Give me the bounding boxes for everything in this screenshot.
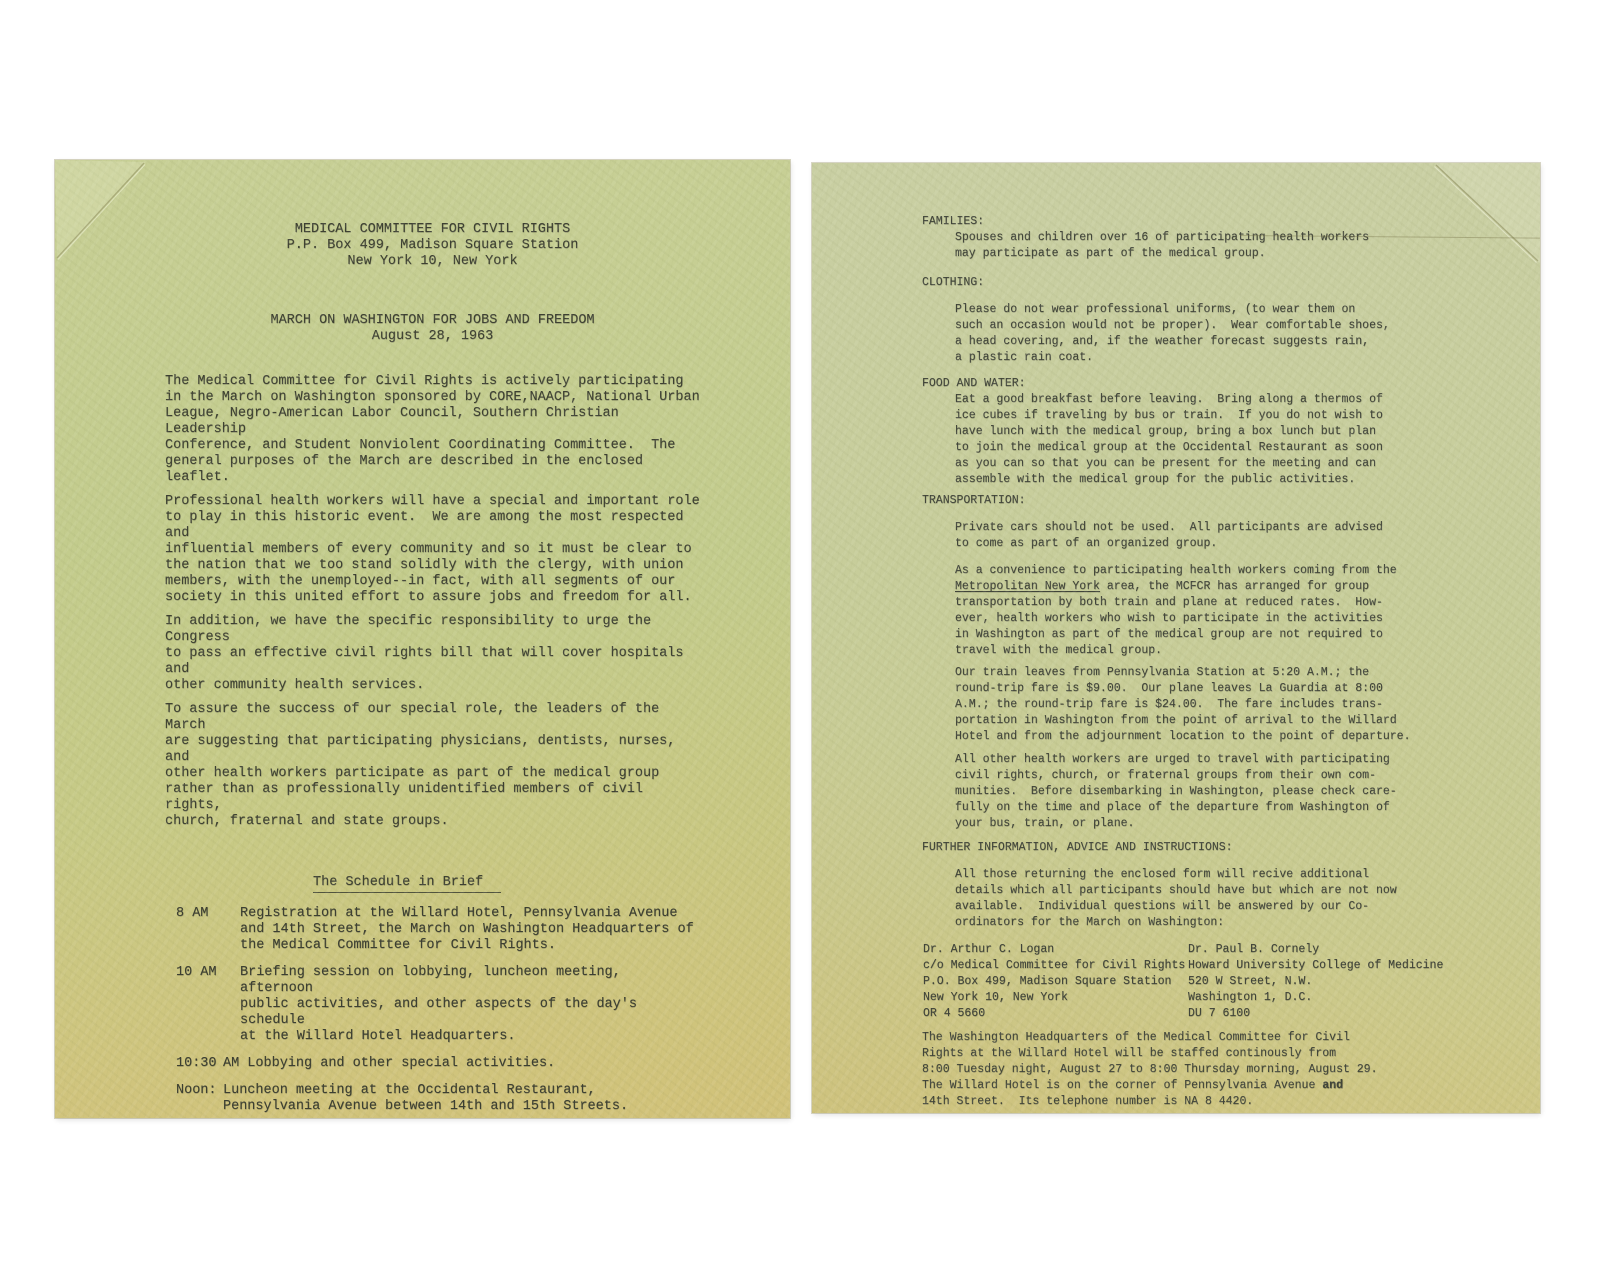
letterhead-city: New York 10, New York: [165, 254, 700, 270]
title-block: MARCH ON WASHINGTON FOR JOBS AND FREEDOM…: [165, 313, 700, 345]
section-heading-food-and-water: FOOD AND WATER:: [922, 376, 1470, 392]
schedule-desc: Registration at the Willard Hotel, Penns…: [240, 906, 694, 954]
schedule-row-noon: Noon: Luncheon meeting at the Occidental…: [176, 1083, 700, 1115]
document-title: MARCH ON WASHINGTON FOR JOBS AND FREEDOM: [165, 313, 700, 329]
text-run: The Washington Headquarters of the Medic…: [922, 1031, 1377, 1092]
section-heading-clothing: CLOTHING:: [922, 275, 1470, 291]
schedule-time: 8 AM: [176, 906, 240, 954]
contact-dr-cornely: Dr. Paul B. Cornely Howard University Co…: [1188, 942, 1443, 1022]
schedule-list: 8 AM Registration at the Willard Hotel, …: [165, 906, 700, 1118]
letterhead-po-box: P.P. Box 499, Madison Square Station: [165, 238, 700, 254]
paragraph-health-workers-role: Professional health workers will have a …: [165, 494, 700, 606]
section-body-families: Spouses and children over 16 of particip…: [955, 230, 1470, 262]
schedule-desc: Luncheon meeting at the Occidental Resta…: [223, 1083, 628, 1115]
document-date: August 28, 1963: [165, 329, 700, 345]
section-heading-families: FAMILIES:: [922, 214, 1470, 230]
overstruck-and: and: [1322, 1079, 1343, 1092]
schedule-row-8am: 8 AM Registration at the Willard Hotel, …: [176, 906, 700, 954]
section-body-further-information: All those returning the enclosed form wi…: [955, 867, 1470, 931]
schedule-desc: Briefing session on lobbying, luncheon m…: [240, 965, 700, 1045]
schedule-time: 10 AM: [176, 965, 240, 1045]
transportation-paragraph-train-plane-fares: Our train leaves from Pennsylvania Stati…: [955, 665, 1470, 745]
letterhead: MEDICAL COMMITTEE FOR CIVIL RIGHTS P.P. …: [165, 222, 700, 270]
letterhead-org-name: MEDICAL COMMITTEE FOR CIVIL RIGHTS: [165, 222, 700, 238]
coordinator-contacts: Dr. Arthur C. Logan c/o Medical Committe…: [922, 942, 1470, 1022]
section-body-clothing: Please do not wear professional uniforms…: [955, 302, 1470, 366]
transportation-paragraph-private-cars: Private cars should not be used. All par…: [955, 520, 1470, 552]
schedule-row-10am: 10 AM Briefing session on lobbying, lunc…: [176, 965, 700, 1045]
section-heading-transportation: TRANSPORTATION:: [922, 493, 1470, 509]
contact-dr-logan: Dr. Arthur C. Logan c/o Medical Committe…: [923, 942, 1185, 1022]
schedule-desc: AM Lobbying and other special activities…: [223, 1056, 555, 1072]
text-run: As a convenience to participating health…: [955, 564, 1397, 577]
document-page-front: MEDICAL COMMITTEE FOR CIVIL RIGHTS P.P. …: [55, 160, 790, 1118]
closing-paragraph: The Washington Headquarters of the Medic…: [922, 1030, 1470, 1110]
section-heading-further-information: FURTHER INFORMATION, ADVICE AND INSTRUCT…: [922, 840, 1470, 856]
document-page-back: FAMILIES: Spouses and children over 16 o…: [812, 163, 1540, 1113]
schedule-row-1030am: 10:30 AM Lobbying and other special acti…: [176, 1056, 700, 1072]
schedule-heading-row: The Schedule in Brief: [313, 875, 700, 893]
paragraph-civil-rights-bill: In addition, we have the specific respon…: [165, 614, 700, 694]
paragraph-medical-group: To assure the success of our special rol…: [165, 702, 700, 830]
paragraph-participation: The Medical Committee for Civil Rights i…: [165, 374, 700, 486]
schedule-time: 10:30: [176, 1056, 223, 1072]
underlined-metropolitan-new-york: Metropolitan New York: [955, 580, 1100, 593]
section-body-food-and-water: Eat a good breakfast before leaving. Bri…: [955, 392, 1470, 488]
schedule-heading: The Schedule in Brief: [313, 875, 501, 893]
transportation-paragraph-group-rates: As a convenience to participating health…: [955, 563, 1470, 659]
transportation-paragraph-other-workers: All other health workers are urged to tr…: [955, 752, 1470, 832]
schedule-time: Noon:: [176, 1083, 223, 1115]
text-run: 14th Street. Its telephone number is NA …: [922, 1095, 1253, 1108]
